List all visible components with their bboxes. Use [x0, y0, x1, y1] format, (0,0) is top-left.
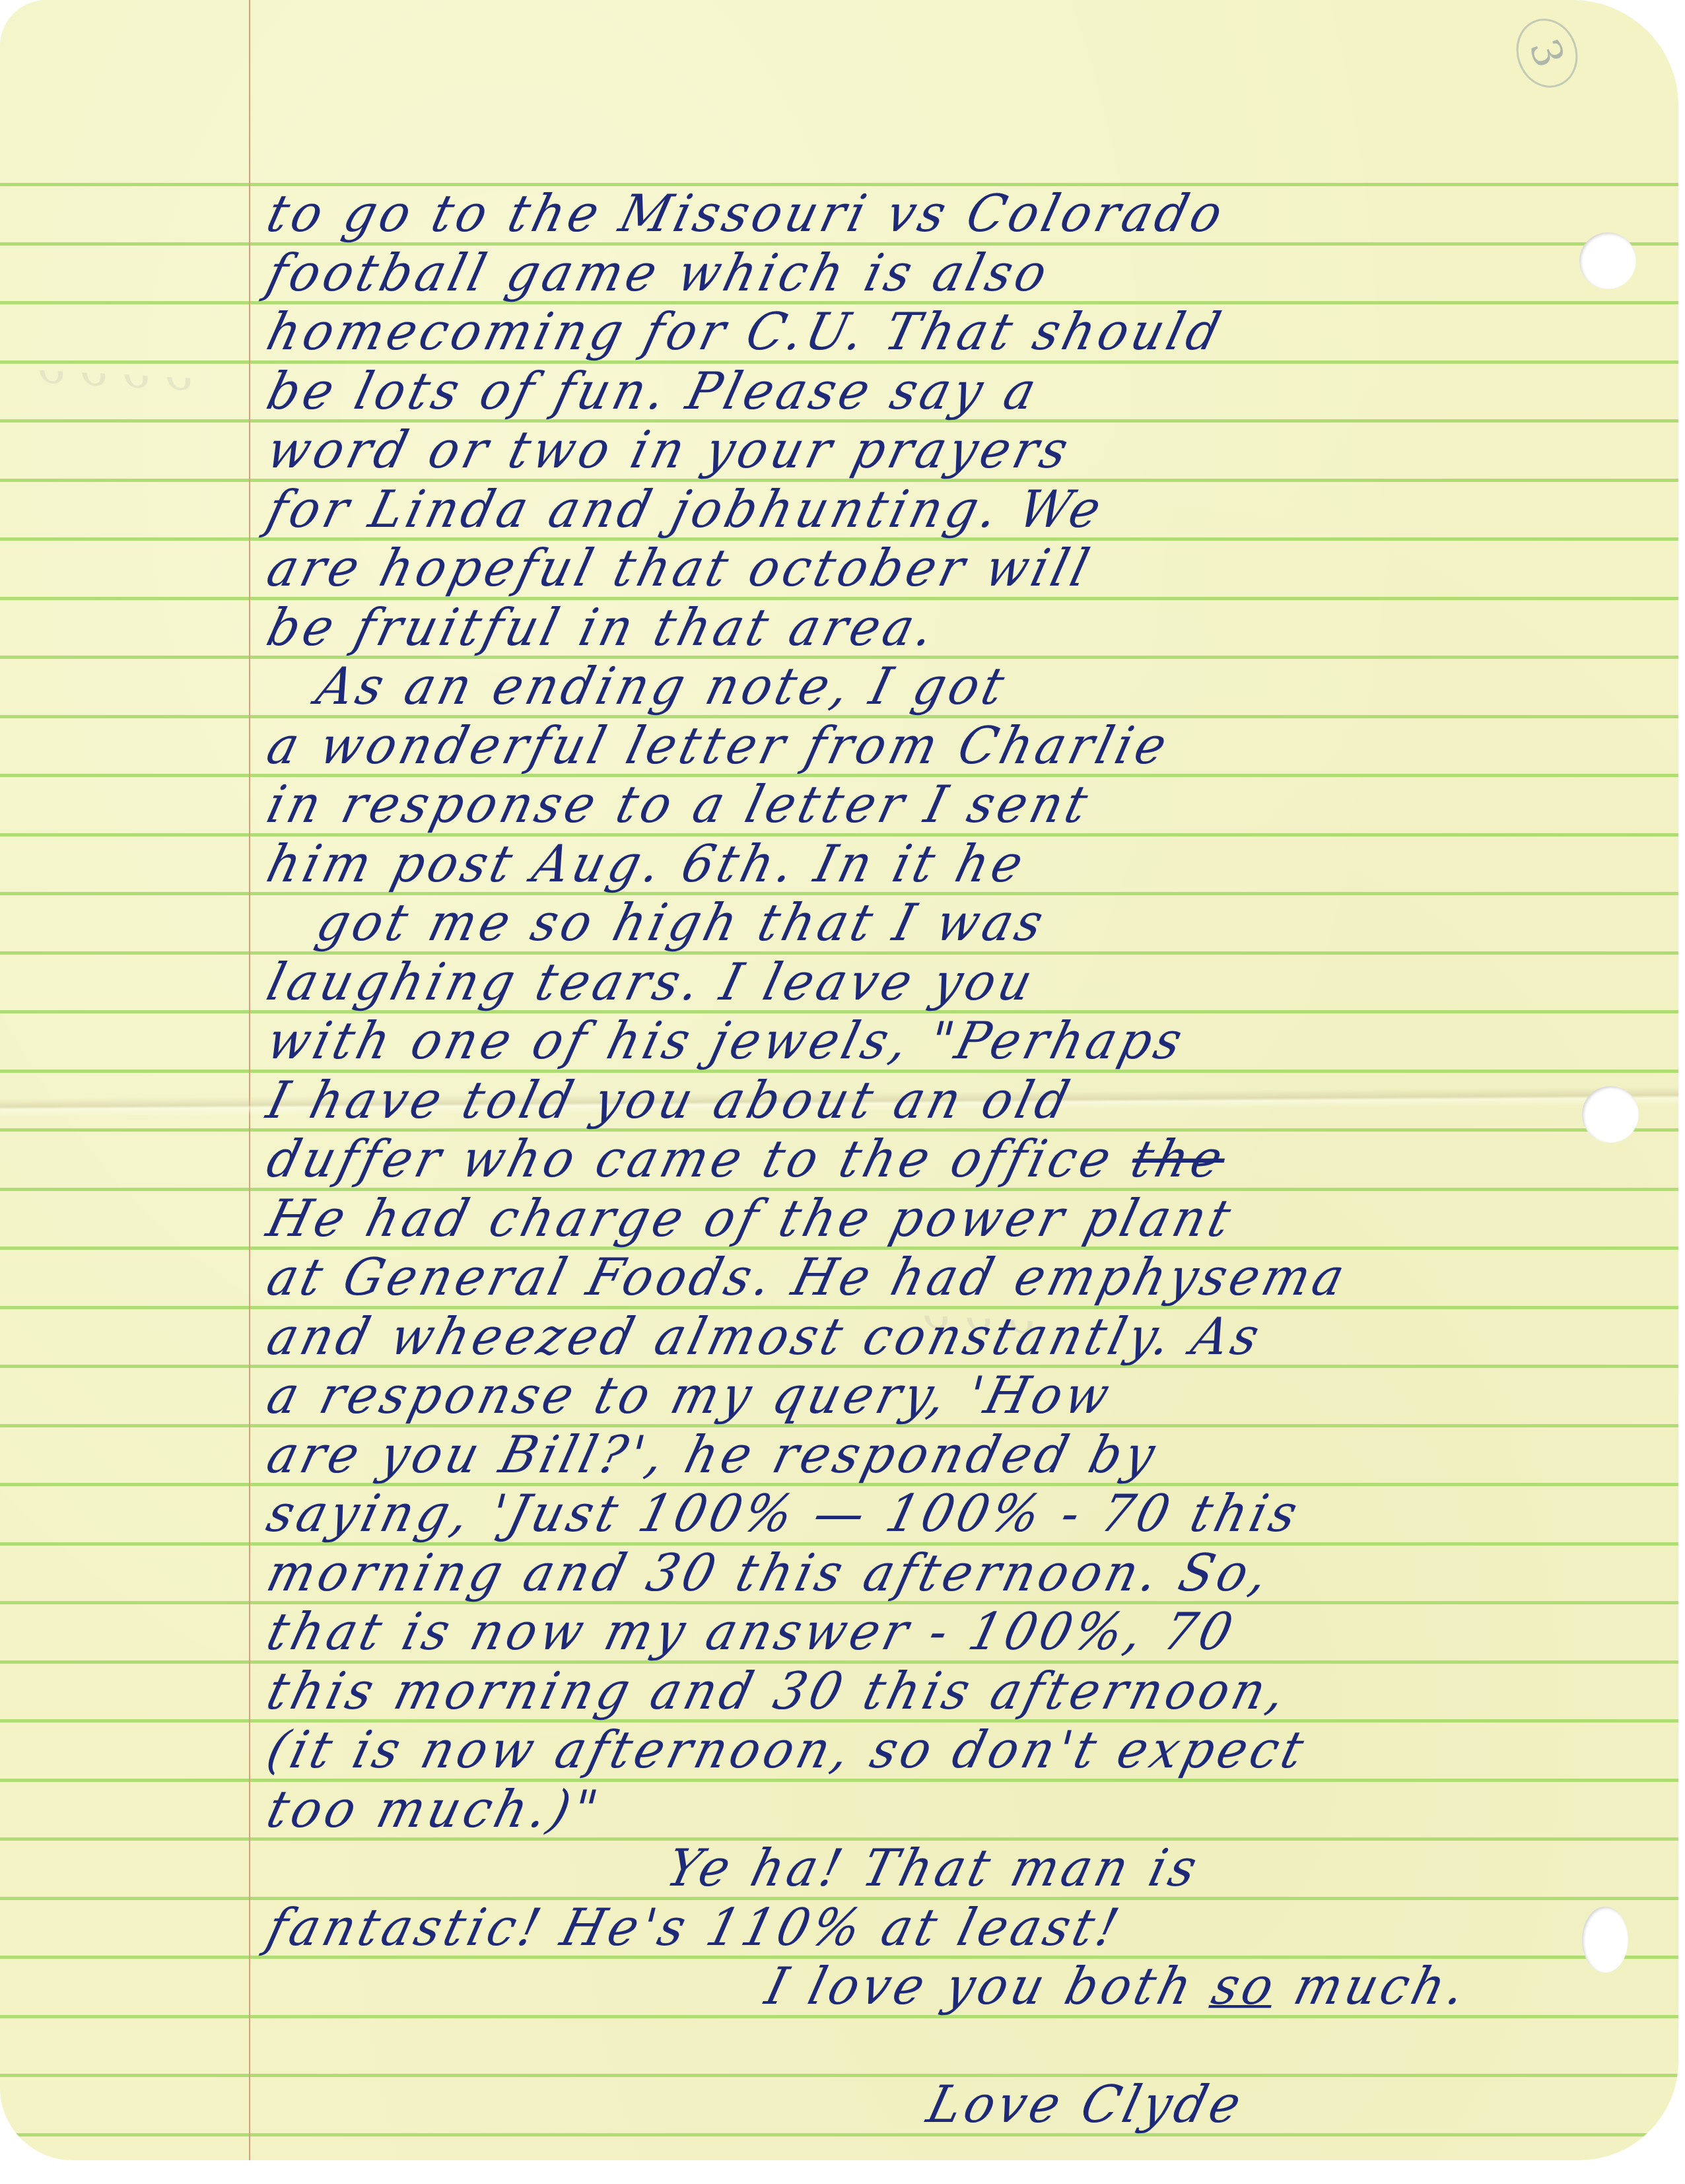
- letter-line: this morning and 30 this afternoon,: [261, 1660, 1295, 1723]
- letter-line: laughing tears. I leave you: [261, 951, 1043, 1013]
- letter-line: Ye ha! That man is: [660, 1837, 1207, 1900]
- letter-line: got me so high that I was: [310, 892, 1053, 955]
- letter-line: and wheezed almost constantly. As: [261, 1305, 1269, 1368]
- letter-line: football game which is also: [261, 242, 1057, 304]
- struck-out-word: the: [1125, 1130, 1232, 1189]
- ruled-line: [0, 2133, 1678, 2136]
- letter-line: saying, 'Just 100% — 100% - 70 this: [261, 1483, 1307, 1546]
- ruled-line: [0, 2074, 1678, 2077]
- letter-line-text: duffer who came to the office: [261, 1130, 1121, 1189]
- closing-line: I love you both so much.: [759, 1956, 1476, 2018]
- binder-hole-top: [1579, 232, 1636, 289]
- blank-line: [261, 2014, 277, 2077]
- letter-line: that is now my answer - 100%, 70: [261, 1601, 1243, 1664]
- letter-line: fantastic! He's 110% at least!: [261, 1896, 1128, 1959]
- bleed-through-text: ᴗ ᴗ ᴗ ᴗ: [38, 339, 196, 401]
- letter-line: be fruitful in that area.: [261, 596, 944, 659]
- letter-line: word or two in your prayers: [261, 419, 1078, 482]
- letter-line: for Linda and jobhunting. We: [261, 478, 1111, 541]
- letter-line-with-strikeout: duffer who came to the office the: [261, 1128, 1233, 1191]
- margin-line: [249, 0, 250, 2160]
- letter-line: a response to my query, 'How: [261, 1365, 1120, 1427]
- letter-line: to go to the Missouri vs Colorado: [261, 183, 1233, 246]
- letter-line: at General Foods. He had emphysema: [261, 1246, 1354, 1309]
- letter-line: I have told you about an old: [261, 1069, 1079, 1132]
- letter-line: As an ending note, I got: [310, 656, 1014, 718]
- page-number-circled: 3: [1507, 10, 1587, 96]
- binder-hole-bottom: [1582, 1907, 1628, 1973]
- letter-line: with one of his jewels, "Perhaps: [261, 1010, 1192, 1073]
- letter-line: a wonderful letter from Charlie: [261, 714, 1177, 777]
- letter-line: homecoming for C.U. That should: [261, 301, 1230, 364]
- letter-line: be lots of fun. Please say a: [261, 360, 1046, 423]
- binder-hole-middle: [1582, 1086, 1639, 1143]
- closing-text: I love you both: [760, 1957, 1221, 2016]
- letter-line: (it is now afternoon, so don't expect: [261, 1719, 1314, 1782]
- letter-line: morning and 30 this afternoon. So,: [261, 1542, 1278, 1604]
- letter-line: too much.)": [261, 1778, 607, 1841]
- letter-line: are you Bill?', he responded by: [261, 1423, 1165, 1486]
- closing-text: much.: [1269, 1957, 1475, 2016]
- signature: Love Clyde: [921, 2074, 1251, 2136]
- letter-page: ᴗ ᴗ ᴗ ᴗ ᴗ ᴗ ᴗ 3 to go to the Missouri vs…: [0, 0, 1678, 2160]
- letter-line: him post Aug. 6th. In it he: [261, 833, 1033, 895]
- letter-line: are hopeful that october will: [261, 537, 1099, 600]
- letter-line: He had charge of the power plant: [261, 1187, 1241, 1250]
- letter-line: in response to a letter I sent: [261, 774, 1097, 836]
